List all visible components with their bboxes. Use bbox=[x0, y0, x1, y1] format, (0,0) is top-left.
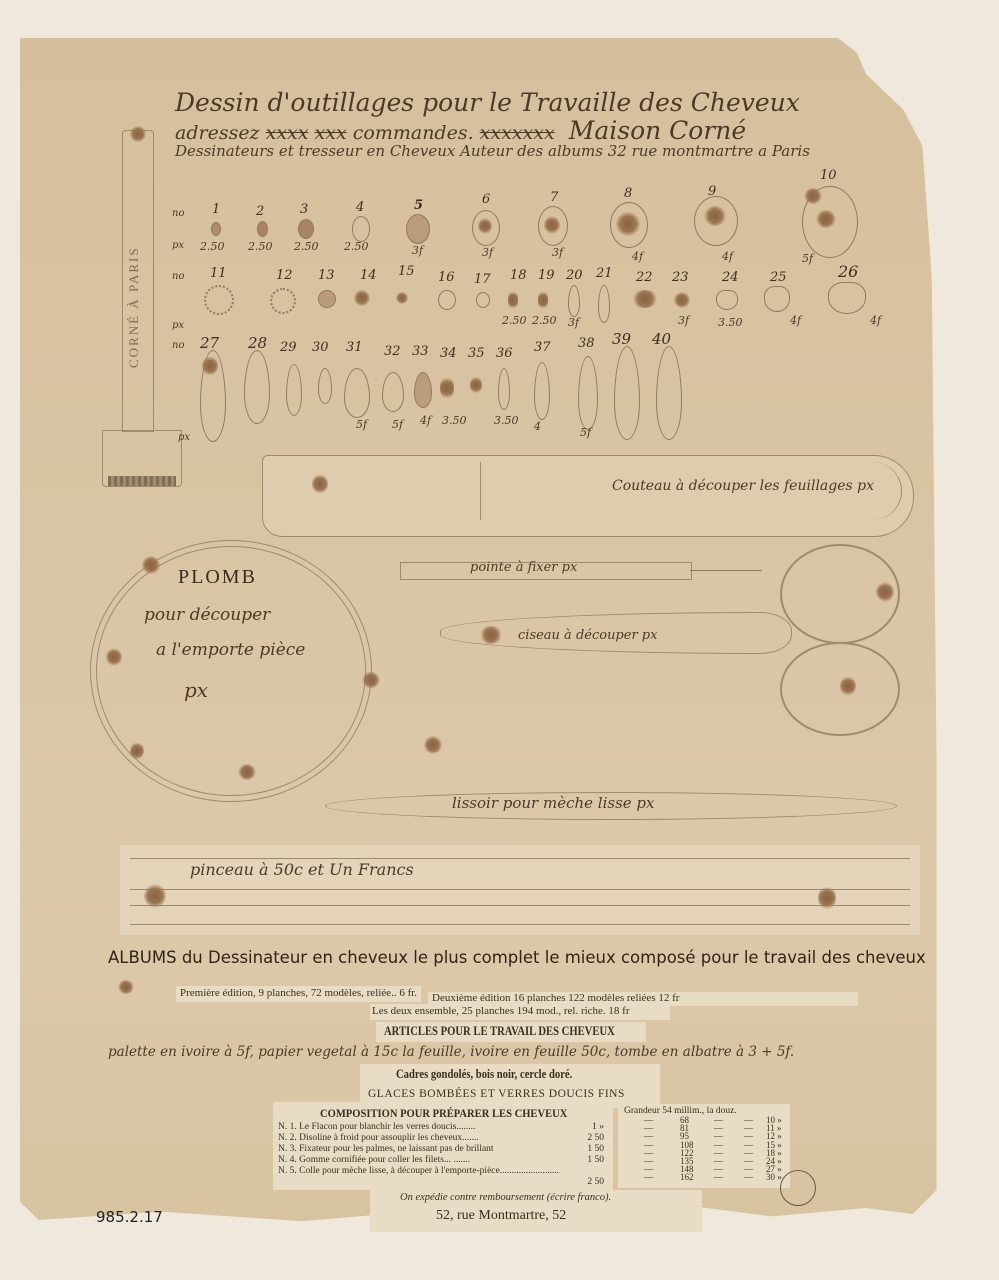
oak-leaf-ornament bbox=[318, 368, 332, 404]
pointe-label: pointe à fixer px bbox=[470, 560, 577, 575]
strikethrough-text: xxxx bbox=[266, 122, 309, 144]
composition-item: N. 2. Disoline à froid pour assouplir le… bbox=[278, 1133, 608, 1144]
shipping-text: On expédie contre remboursement (écrire … bbox=[400, 1192, 611, 1203]
tool-bristles bbox=[108, 476, 176, 486]
leaf-ornament bbox=[568, 285, 580, 317]
composition-item: N. 1. Le Flacon pour blanchir les verres… bbox=[278, 1122, 608, 1133]
row2-px-label: px bbox=[172, 320, 184, 331]
flower-ornament bbox=[476, 292, 490, 308]
address-text: 52, rue Montmartre, 52 bbox=[436, 1208, 566, 1224]
row3-no-label: no bbox=[172, 340, 184, 351]
plomb-price: px bbox=[184, 678, 208, 702]
stain bbox=[130, 126, 146, 142]
flower-ornament bbox=[204, 285, 234, 315]
pinceau-label: pinceau à 50c et Un Francs bbox=[190, 860, 414, 879]
flower-ornament bbox=[270, 288, 296, 314]
serrated-leaf-ornament bbox=[382, 372, 404, 412]
strikethrough-text: xxx bbox=[315, 122, 347, 144]
albums-heading: ALBUMS du Dessinateur en cheveux le plus… bbox=[108, 948, 926, 967]
strikethrough-text: xxxxxxx bbox=[480, 122, 555, 144]
inventory-number: 985.2.17 bbox=[96, 1208, 163, 1226]
oval-ornament bbox=[406, 214, 430, 244]
leaf-ornament bbox=[598, 285, 610, 323]
ivy-leaf-ornament bbox=[764, 286, 790, 312]
header-line-2: adressez xxxx xxx commandes. xxxxxxx Mai… bbox=[175, 116, 746, 145]
oval-ornament bbox=[352, 216, 370, 242]
size-row: —162——30 » bbox=[624, 1173, 789, 1181]
composition-list: N. 1. Le Flacon pour blanchir les verres… bbox=[278, 1122, 608, 1188]
sizes-table: —68——10 » —81——11 » —95——12 » —108——15 »… bbox=[624, 1116, 789, 1182]
composition-item: N. 3. Fixateur pour les palmes, ne laiss… bbox=[278, 1144, 608, 1155]
serrated-leaf-ornament bbox=[498, 368, 510, 410]
flower-ornament bbox=[438, 290, 456, 310]
edition1-text: Première édition, 9 planches, 72 modèles… bbox=[180, 987, 417, 999]
ivy-leaf-ornament bbox=[828, 282, 866, 314]
composition-heading: COMPOSITION POUR PRÉPARER LES CHEVEUX bbox=[320, 1106, 567, 1121]
articles-heading: ARTICLES POUR LE TRAVAIL DES CHEVEUX bbox=[384, 1024, 615, 1039]
handle-stamp: CORNÉ À PARIS bbox=[126, 248, 142, 368]
composition-item: N. 4. Gomme cornifiée pour coller les fi… bbox=[278, 1155, 608, 1166]
needle-tip bbox=[690, 570, 762, 571]
maison-name: Maison Corné bbox=[569, 116, 746, 145]
composition-item: N. 5. Colle pour mèche lisse, à découper… bbox=[278, 1166, 578, 1188]
row1-px-label: px bbox=[172, 240, 184, 251]
header-line-3: Dessinateurs et tresseur en Cheveux Aute… bbox=[175, 142, 810, 160]
plomb-title: PLOMB bbox=[178, 566, 257, 589]
ciseau-label: ciseau à découper px bbox=[518, 628, 657, 643]
oval-ornament bbox=[211, 222, 221, 236]
knife-label: Couteau à découper les feuillages px bbox=[612, 478, 874, 494]
oval-ornament bbox=[298, 219, 314, 239]
both-editions-text: Les deux ensemble, 25 planches 194 mod.,… bbox=[372, 1005, 630, 1017]
plomb-line-2: a l'emporte pièce bbox=[156, 640, 305, 660]
row2-no-label: no bbox=[172, 271, 184, 282]
library-stamp bbox=[780, 1170, 816, 1206]
cadres-text: Cadres gondolés, bois noir, cercle doré. bbox=[396, 1067, 572, 1082]
document-title: Dessin d'outillages pour le Travaille de… bbox=[175, 88, 800, 117]
serrated-leaf-ornament bbox=[414, 372, 432, 408]
glaces-text: GLACES BOMBÉES ET VERRES DOUCIS FINS bbox=[368, 1088, 625, 1100]
row3-px-label: px bbox=[178, 432, 190, 443]
plomb-line-1: pour découper bbox=[144, 605, 270, 625]
flower-ornament bbox=[318, 290, 336, 308]
oval-ornament bbox=[257, 221, 268, 237]
articles-handwritten: palette en ivoire à 5f, papier vegetal à… bbox=[108, 1044, 794, 1060]
edition2-text: Deuxième édition 16 planches 122 modèles… bbox=[432, 992, 679, 1004]
leaf-ornament bbox=[716, 290, 738, 310]
lissoir-label: lissoir pour mèche lisse px bbox=[452, 794, 655, 812]
row1-no-label: no bbox=[172, 208, 184, 219]
